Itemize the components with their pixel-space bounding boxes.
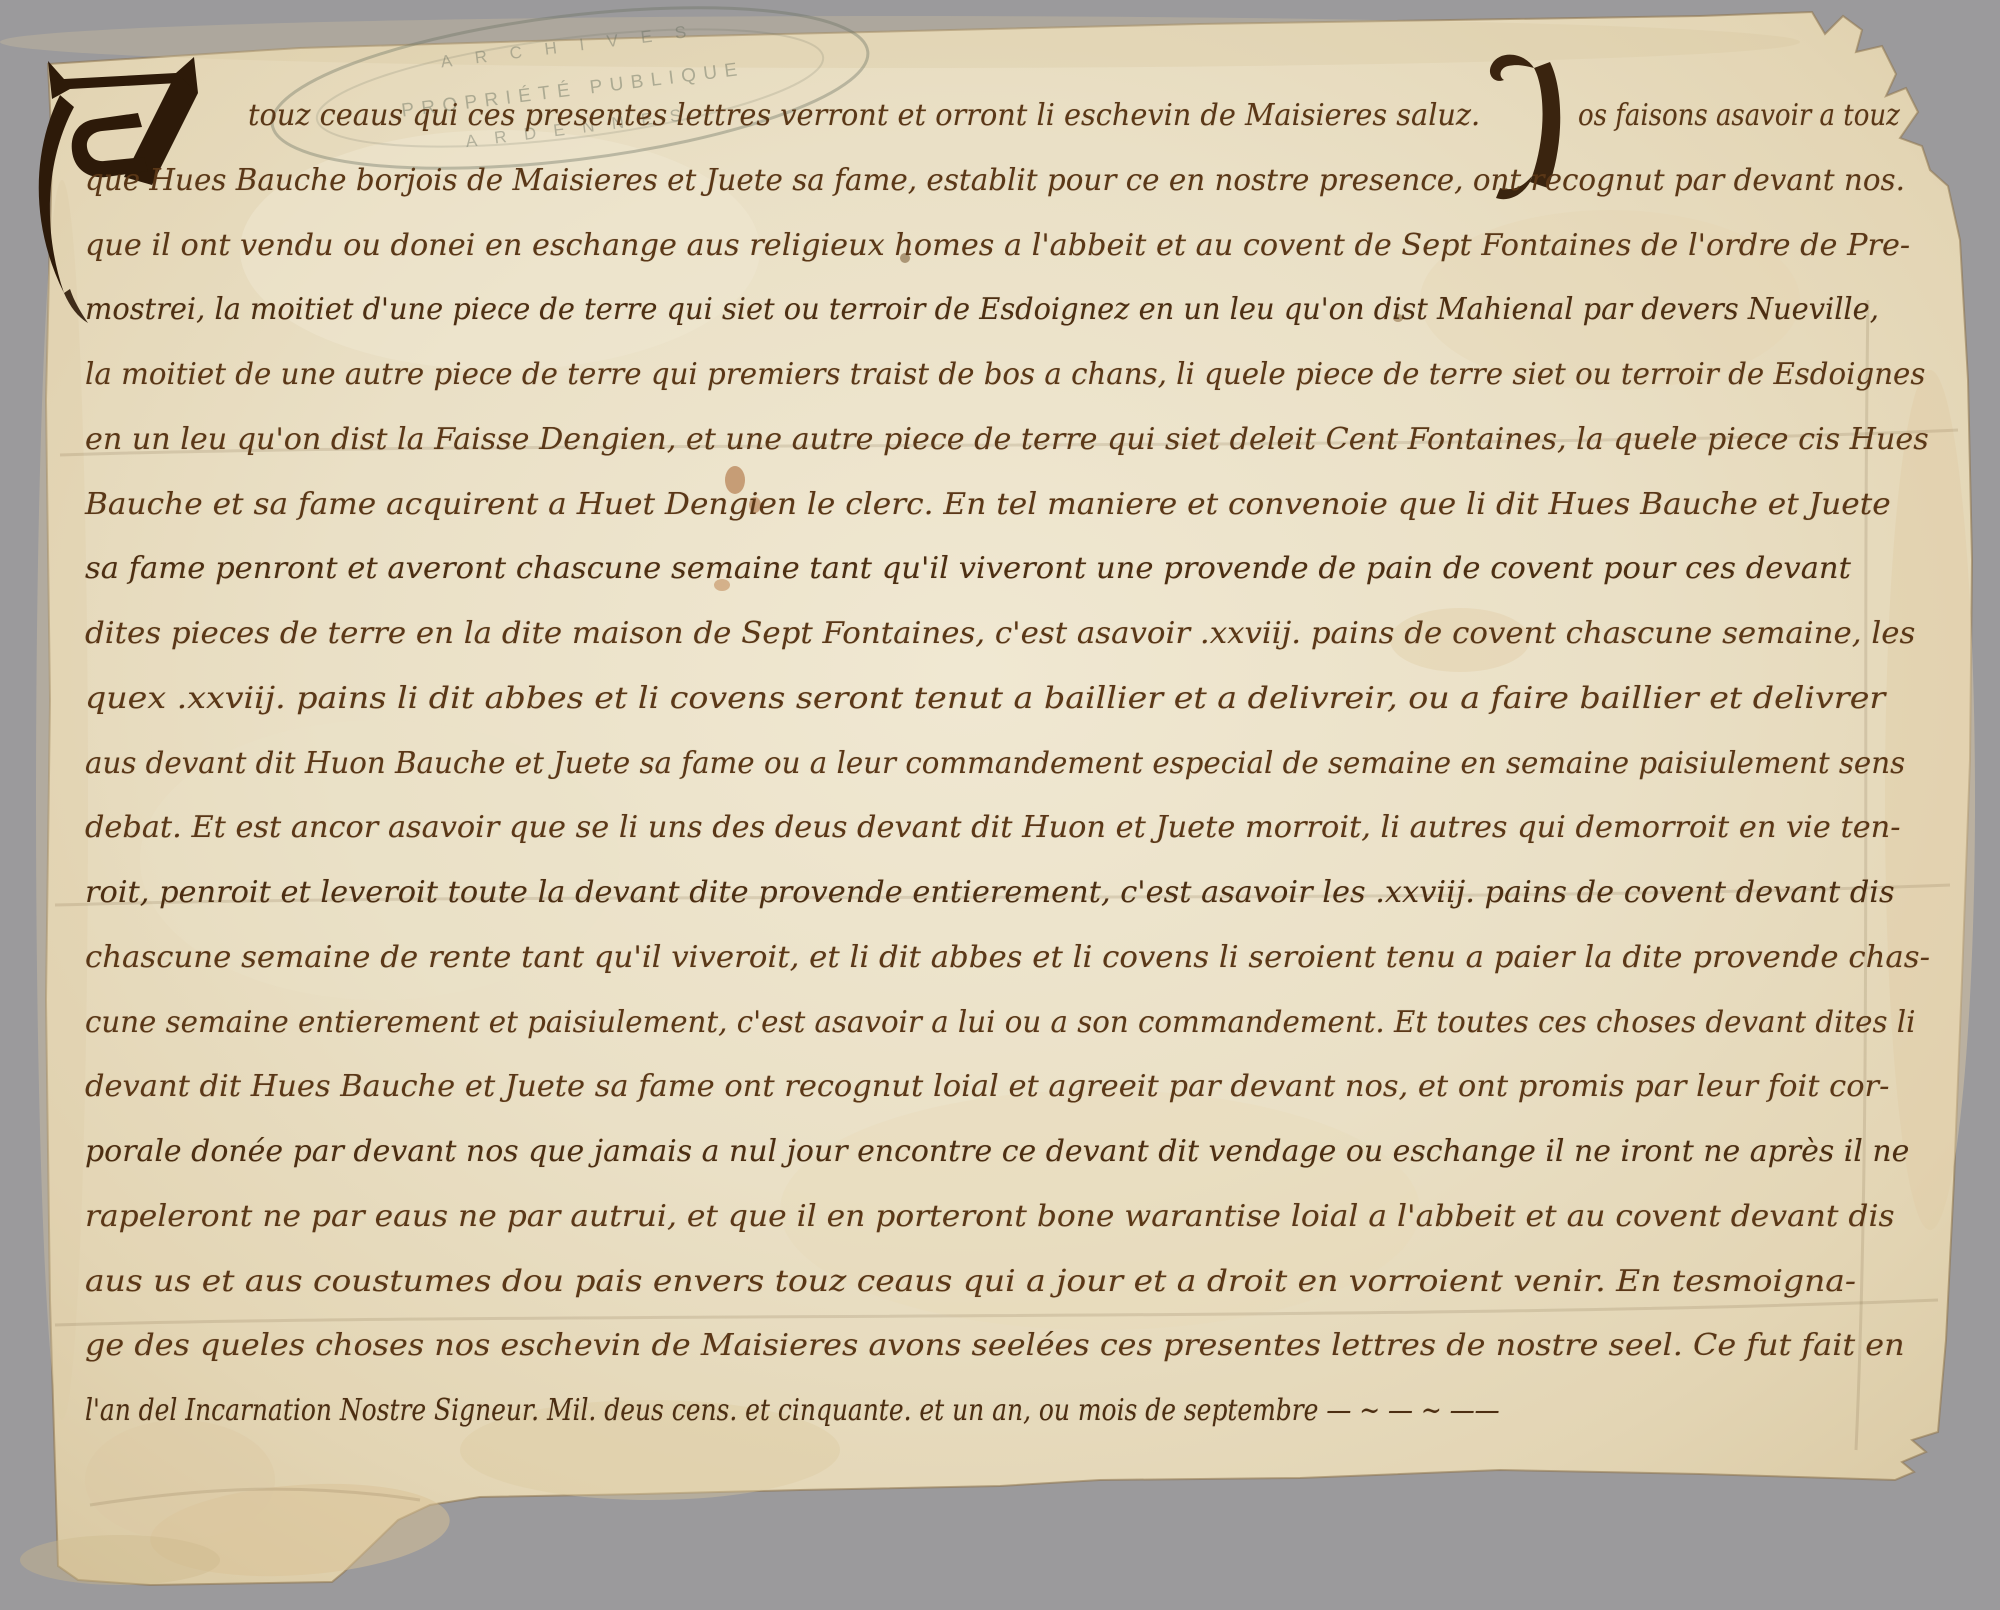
manuscript-line-18: rapeleront ne par eaus ne par autrui, et… bbox=[85, 1199, 1895, 1234]
manuscript-scan: ARCHIVES PROPRIÉTÉ PUBLIQUE ARDENNES A N… bbox=[0, 0, 2000, 1610]
manuscript-line-13: roit, penroit et leveroit toute la devan… bbox=[85, 875, 1895, 910]
manuscript-line-04: mostrei, la moitiet d'une piece de terre… bbox=[85, 292, 1879, 327]
manuscript-line-05: la moitiet de une autre piece de terre q… bbox=[85, 357, 1925, 392]
manuscript-line-08: sa fame penront et averont chascune sema… bbox=[85, 551, 1851, 586]
manuscript-line-21: l'an del Incarnation Nostre Signeur. Mil… bbox=[85, 1393, 1500, 1428]
manuscript-line-12: debat. Et est ancor asavoir que se li un… bbox=[85, 810, 1900, 845]
manuscript-line-16: devant dit Hues Bauche et Juete sa fame … bbox=[85, 1069, 1889, 1104]
manuscript-line-19: aus us et aus coustumes dou pais envers … bbox=[85, 1264, 1856, 1299]
manuscript-line-11: aus devant dit Huon Bauche et Juete sa f… bbox=[85, 746, 1905, 781]
manuscript-line-10: quex .xxviij. pains li dit abbes et li c… bbox=[85, 681, 1885, 716]
manuscript-line-15: cune semaine entierement et paisiulement… bbox=[85, 1005, 1916, 1040]
manuscript-line-03: que il ont vendu ou donei en eschange au… bbox=[85, 228, 1910, 263]
manuscript-line-14: chascune semaine de rente tant qu'il viv… bbox=[85, 940, 1930, 975]
manuscript-line-09: dites pieces de terre en la dite maison … bbox=[85, 616, 1915, 651]
manuscript-line-17: porale donée par devant nos que jamais a… bbox=[85, 1134, 1909, 1169]
manuscript-line-01b: os faisons asavoir a touz bbox=[1578, 98, 1900, 133]
manuscript-line-20: ge des queles choses nos eschevin de Mai… bbox=[85, 1328, 1905, 1363]
manuscript-line-06: en un leu qu'on dist la Faisse Dengien, … bbox=[85, 422, 1929, 457]
manuscript-line-07: Bauche et sa fame acquirent a Huet Dengi… bbox=[85, 487, 1891, 522]
manuscript-line-01a: touz ceaus qui ces presentes lettres ver… bbox=[248, 98, 1480, 133]
manuscript-line-02: que Hues Bauche borjois de Maisieres et … bbox=[85, 163, 1905, 198]
